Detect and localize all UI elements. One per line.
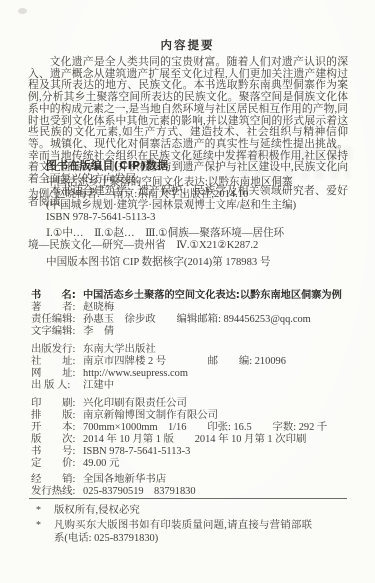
- colophon-label: 书 号:: [31, 446, 83, 458]
- colophon-value: 李 倩: [83, 326, 114, 338]
- colophon-label: 版 次:: [31, 434, 83, 446]
- colophon-label: 排 版:: [31, 410, 83, 422]
- colophon-label: 责任编辑:: [31, 314, 83, 326]
- book-copyright-page: 内容提要 文化遗产是全人类共同的宝贵财富。随着人们对遗产认识的深入、遗产概念从建…: [0, 0, 375, 583]
- colophon-label: 著 者:: [31, 302, 83, 314]
- colophon-value: 025-83790519 83791830: [83, 486, 196, 498]
- colophon-row-printer: 印 刷: 兴化印刷有限责任公司: [31, 398, 367, 410]
- colophon-row-author: 著 者: 赵晓梅: [31, 302, 367, 314]
- colophon-value: 49.00 元: [83, 458, 119, 470]
- colophon-row-format: 开 本: 700mm×1000mm 1/16 印张: 16.5 字数: 292 …: [31, 422, 367, 434]
- colophon-row-address: 社 址: 南京市四牌楼 2 号 邮 编: 210096: [31, 356, 367, 368]
- colophon-value: ISBN 978-7-5641-5113-3: [83, 446, 190, 458]
- colophon-value: 兴化印刷有限责任公司: [83, 398, 187, 410]
- colophon-value: 南京市四牌楼 2 号 邮 编: 210096: [83, 356, 286, 368]
- summary-title: 内容提要: [0, 37, 375, 53]
- colophon-value: 赵晓梅: [83, 302, 114, 314]
- colophon-label: 书 名:: [31, 290, 83, 302]
- cip-line: 中国活态乡土聚落的空间文化表达:以黔东南地区侗寨: [28, 177, 352, 189]
- cip-block: 中国活态乡土聚落的空间文化表达:以黔东南地区侗寨 为例/ 赵晓梅著. —南京:东…: [28, 177, 352, 268]
- copyright-note: * 版权所有,侵权必究: [36, 505, 342, 518]
- colophon-label: 出版发行:: [31, 344, 83, 356]
- colophon-row-distributor: 经 销: 全国各地新华书店: [31, 474, 367, 486]
- colophon-row-website: 网 址: http://www.seupress.com: [31, 368, 367, 380]
- colophon-label: 社 址:: [31, 356, 83, 368]
- colophon-value: 2014 年 10 月第 1 版 2014 年 10 月第 1 次印刷: [83, 434, 306, 446]
- colophon-row-isbn: 书 号: ISBN 978-7-5641-5113-3: [31, 446, 367, 458]
- scan-speck: [18, 8, 27, 14]
- asterisk-icon: *: [36, 520, 54, 545]
- cip-line: Ⅰ.①中… Ⅱ.①赵… Ⅲ.①侗族—聚落环境—居住环: [28, 228, 352, 240]
- cip-line: 为例/ 赵晓梅著. —南京:东南大学出版社,2014.10: [28, 189, 352, 201]
- colophon-row-text-editor: 文字编辑: 李 倩: [31, 326, 367, 338]
- colophon-value: http://www.seupress.com: [83, 368, 188, 380]
- cip-line: ISBN 978-7-5641-5113-3: [28, 212, 352, 224]
- footer-notes: * 版权所有,侵权必究 * 凡购买东大版图书如有印装质量问题,请直接与营销部联系…: [36, 505, 342, 548]
- colophon-label: 定 价:: [31, 458, 83, 470]
- colophon-value: 江建中: [83, 380, 114, 392]
- colophon-row-edition: 版 次: 2014 年 10 月第 1 版 2014 年 10 月第 1 次印刷: [31, 434, 367, 446]
- colophon-value: 南京新翰博图文制作有限公司: [83, 410, 218, 422]
- colophon-value: 中国活态乡土聚落的空间文化表达:以黔东南地区侗寨为例: [83, 290, 342, 302]
- quality-note: * 凡购买东大版图书如有印装质量问题,请直接与营销部联系(电话: 025-837…: [36, 520, 342, 545]
- colophon-label: 文字编辑:: [31, 326, 83, 338]
- colophon-label: 出 版 人:: [31, 380, 83, 392]
- colophon-row-typesetter: 排 版: 南京新翰博图文制作有限公司: [31, 410, 367, 422]
- note-text: 凡购买东大版图书如有印装质量问题,请直接与营销部联系(电话: 025-83791…: [54, 520, 312, 545]
- colophon-row-publisher-person: 出 版 人: 江建中: [31, 380, 367, 392]
- note-text: 版权所有,侵权必究: [54, 505, 312, 518]
- colophon-group-publisher: 出版发行: 东南大学出版社 社 址: 南京市四牌楼 2 号 邮 编: 21009…: [31, 344, 367, 392]
- colophon-block: 书 名: 中国活态乡土聚落的空间文化表达:以黔东南地区侗寨为例 著 者: 赵晓梅…: [31, 290, 367, 504]
- cip-line: 中国版本图书馆 CIP 数据核字(2014)第 178983 号: [28, 257, 352, 269]
- cip-title: 图书在版编目(CIP)数据: [46, 158, 169, 173]
- colophon-row-hotline: 发行热线: 025-83790519 83791830: [31, 486, 367, 498]
- asterisk-icon: *: [36, 505, 54, 518]
- colophon-row-price: 定 价: 49.00 元: [31, 458, 367, 470]
- colophon-label: 开 本:: [31, 422, 83, 434]
- colophon-label: 经 销:: [31, 474, 83, 486]
- colophon-row-book-title: 书 名: 中国活态乡土聚落的空间文化表达:以黔东南地区侗寨为例: [31, 290, 367, 302]
- cip-line: 境—民族文化—研究—贵州省 Ⅳ.①X21②K287.2: [28, 240, 352, 252]
- colophon-value: 全国各地新华书店: [83, 474, 166, 486]
- colophon-label: 网 址:: [31, 368, 83, 380]
- colophon-value: 东南大学出版社: [83, 344, 156, 356]
- colophon-group-distribution: 经 销: 全国各地新华书店 发行热线: 025-83790519 8379183…: [31, 474, 367, 498]
- colophon-label: 发行热线:: [31, 486, 83, 498]
- colophon-label: 印 刷:: [31, 398, 83, 410]
- colophon-group-title: 书 名: 中国活态乡土聚落的空间文化表达:以黔东南地区侗寨为例 著 者: 赵晓梅…: [31, 290, 367, 338]
- cip-line: (中国城乡规划·建筑学·园林景观博士文库/赵和生主编): [28, 200, 352, 212]
- colophon-row-publisher: 出版发行: 东南大学出版社: [31, 344, 367, 356]
- colophon-value: 700mm×1000mm 1/16 印张: 16.5 字数: 292 千: [83, 422, 327, 434]
- footer-divider: [29, 498, 347, 499]
- colophon-group-printing: 印 刷: 兴化印刷有限责任公司 排 版: 南京新翰博图文制作有限公司 开 本: …: [31, 398, 367, 470]
- colophon-value: 孙惠玉 徐步政 编辑邮箱: 894456253@qq.com: [83, 314, 311, 326]
- colophon-row-editor: 责任编辑: 孙惠玉 徐步政 编辑邮箱: 894456253@qq.com: [31, 314, 367, 326]
